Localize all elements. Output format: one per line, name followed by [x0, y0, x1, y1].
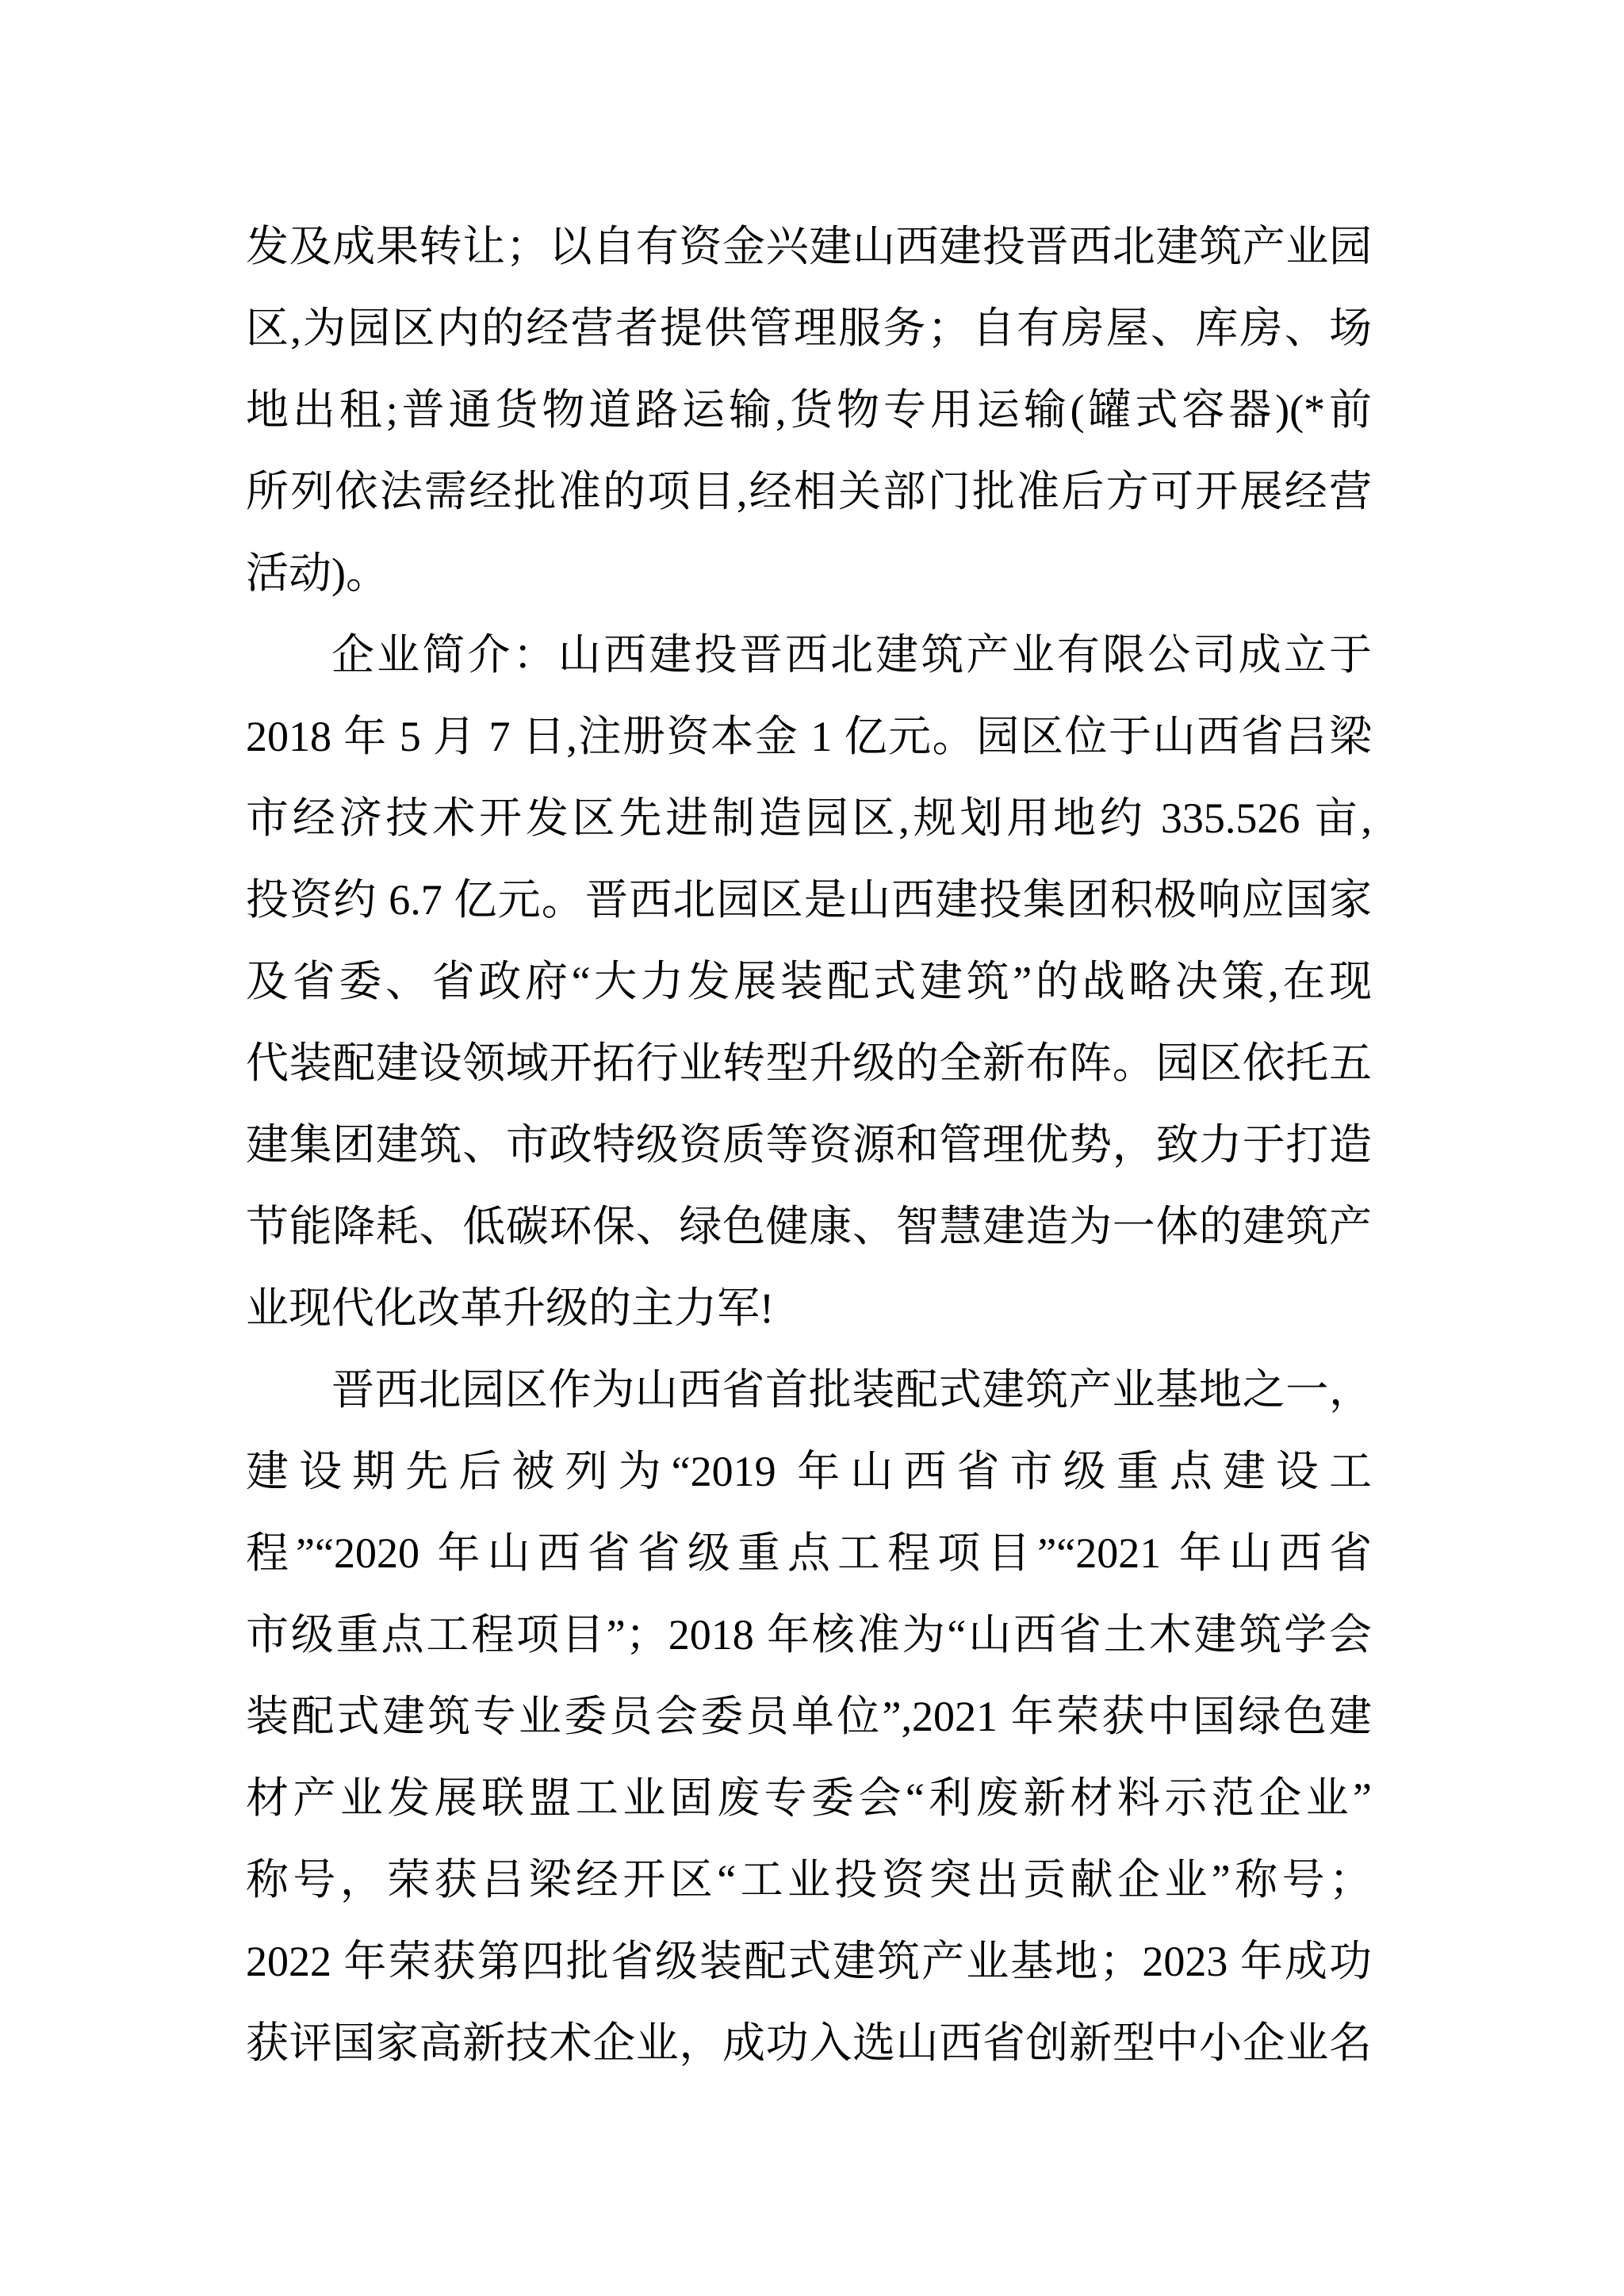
text-line: 所列依法需经批准的项目,经相关部门批准后方可开展经营 [246, 451, 1372, 533]
text-line: 2022 年荣获第四批省级装配式建筑产业基地；2023 年成功 [246, 1921, 1372, 2003]
text-line: 称号，荣获吕梁经开区“工业投资突出贡献企业”称号； [246, 1839, 1372, 1921]
text-line: 程”“2020 年山西省省级重点工程项目”“2021 年山西省 [246, 1513, 1372, 1594]
text-line: 节能降耗、低碳环保、绿色健康、智慧建造为一体的建筑产 [246, 1186, 1372, 1268]
text-line: 市经济技术开发区先进制造园区,规划用地约 335.526 亩, [246, 778, 1372, 859]
text-line: 业现代化改革升级的主力军! [246, 1268, 1372, 1349]
text-line: 投资约 6.7 亿元。晋西北园区是山西建投集团积极响应国家 [246, 859, 1372, 941]
text-line: 建集团建筑、市政特级资质等资源和管理优势，致力于打造 [246, 1104, 1372, 1186]
text-line: 代装配建设领域开拓行业转型升级的全新布阵。园区依托五 [246, 1023, 1372, 1104]
text-line: 材产业发展联盟工业固废专委会“利废新材料示范企业” [246, 1758, 1372, 1839]
text-line: 获评国家高新技术企业，成功入选山西省创新型中小企业名 [246, 2003, 1372, 2084]
text-line: 活动)。 [246, 533, 1372, 614]
document-page: 发及成果转让；以自有资金兴建山西建投晋西北建筑产业园区,为园区内的经营者提供管理… [0, 0, 1624, 2296]
text-line: 区,为园区内的经营者提供管理服务；自有房屋、库房、场 [246, 288, 1372, 369]
text-line: 及省委、省政府“大力发展装配式建筑”的战略决策,在现 [246, 941, 1372, 1023]
text-line: 市级重点工程项目”；2018 年核准为“山西省土木建筑学会 [246, 1594, 1372, 1676]
text-line: 晋西北园区作为山西省首批装配式建筑产业基地之一， [246, 1349, 1372, 1431]
text-line: 企业简介：山西建投晋西北建筑产业有限公司成立于 [246, 614, 1372, 696]
text-line: 2018 年 5 月 7 日,注册资本金 1 亿元。园区位于山西省吕梁 [246, 696, 1372, 778]
text-line: 装配式建筑专业委员会委员单位”,2021 年荣获中国绿色建 [246, 1676, 1372, 1758]
text-block: 发及成果转让；以自有资金兴建山西建投晋西北建筑产业园区,为园区内的经营者提供管理… [246, 206, 1372, 2084]
text-line: 发及成果转让；以自有资金兴建山西建投晋西北建筑产业园 [246, 206, 1372, 288]
text-line: 建设期先后被列为“2019 年山西省市级重点建设工 [246, 1431, 1372, 1513]
text-line: 地出租;普通货物道路运输,货物专用运输(罐式容器)(*前 [246, 369, 1372, 451]
